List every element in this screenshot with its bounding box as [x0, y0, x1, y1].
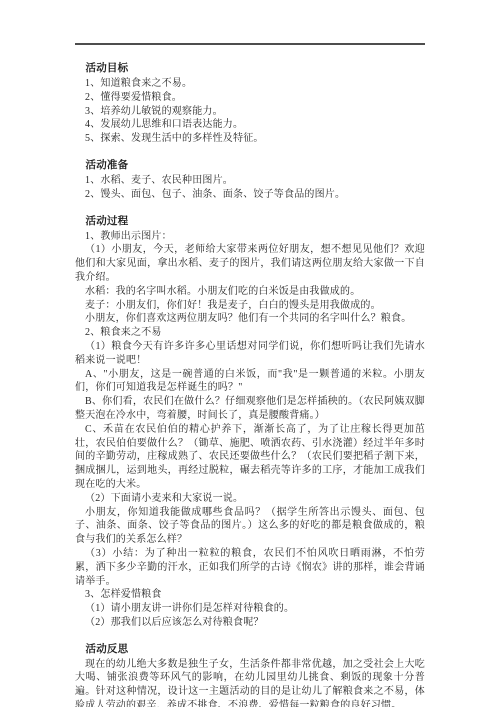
- section-heading-reflection: 活动反思: [75, 643, 425, 657]
- doc-paragraph: 3、培养幼儿敏锐的观察能力。: [75, 105, 425, 119]
- doc-paragraph: 1、教师出示图片：: [75, 230, 425, 244]
- doc-paragraph: 2、懂得要爱惜粮食。: [75, 91, 425, 105]
- doc-paragraph: 2、馒头、面包、包子、油条、面条、饺子等食品的图片。: [75, 188, 425, 202]
- doc-paragraph: 水稻：我的名字叫水稻。小朋友们吃的白米饭是由我做成的。: [75, 285, 425, 299]
- section-heading-process: 活动过程: [75, 215, 425, 229]
- document-page: 活动目标 1、知道粮食来之不易。 2、懂得要爱惜粮食。 3、培养幼儿敏锐的观察能…: [0, 0, 500, 707]
- doc-paragraph: 现在的幼儿绝大多数是独生子女，生活条件都非常优越，加之受社会上大吃大喝、铺张浪费…: [75, 658, 425, 707]
- doc-paragraph: 3、怎样爱惜粮食: [75, 588, 425, 602]
- section-heading-preparation: 活动准备: [75, 159, 425, 173]
- doc-paragraph: （2）那我们以后应该怎么对待粮食呢？: [75, 616, 425, 630]
- document-content: 活动目标 1、知道粮食来之不易。 2、懂得要爱惜粮食。 3、培养幼儿敏锐的观察能…: [75, 52, 425, 707]
- doc-paragraph: （1）小朋友，今天，老师给大家带来两位好朋友，想不想见见他们？欢迎他们和大家见面…: [75, 243, 425, 284]
- doc-paragraph: （1）粮食今天有许多许多心里话想对同学们说，你们想听吗让我们先请水稻来说一说吧！: [75, 340, 425, 368]
- doc-paragraph: 2、粮食来之不易: [75, 326, 425, 340]
- doc-paragraph: （3）小结：为了种出一粒粒的粮食，农民们不怕风吹日晒雨淋，不怕劳累，洒下多少辛勤…: [75, 547, 425, 588]
- doc-paragraph: 小朋友，你知道我能做成哪些食品吗？（据学生所答出示馒头、面包、包子、油条、面条、…: [75, 506, 425, 547]
- doc-paragraph: B、你们看，农民们在做什么？仔细观察他们是怎样插秧的。（农民阿姨双脚整天泡在冷水…: [75, 395, 425, 423]
- doc-paragraph: 4、发展幼儿思维和口语表达能力。: [75, 118, 425, 132]
- doc-paragraph: 麦子：小朋友们，你们好！我是麦子，白白的馒头是用我做成的。: [75, 299, 425, 313]
- doc-paragraph: A、"小朋友，这是一碗普通的白米饭，而"我"是一颗普通的米粒。小朋友们，你们可知…: [75, 368, 425, 396]
- doc-paragraph: 小朋友，你们喜欢这两位朋友吗？他们有一个共同的名字叫什么？粮食。: [75, 312, 425, 326]
- doc-paragraph: 1、知道粮食来之不易。: [75, 77, 425, 91]
- doc-paragraph: 1、水稻、麦子、农民种田图片。: [75, 174, 425, 188]
- section-heading-goals: 活动目标: [75, 62, 425, 76]
- doc-paragraph: （1）请小朋友讲一讲你们是怎样对待粮食的。: [75, 602, 425, 616]
- doc-paragraph: 5、探索、发现生活中的多样性及特征。: [75, 132, 425, 146]
- doc-paragraph: C、禾苗在农民伯伯的精心护养下，渐渐长高了，为了让庄稼长得更加茁壮，农民伯伯要做…: [75, 423, 425, 492]
- doc-paragraph: （2）下面请小麦来和大家说一说。: [75, 492, 425, 506]
- header-rule: [75, 43, 425, 45]
